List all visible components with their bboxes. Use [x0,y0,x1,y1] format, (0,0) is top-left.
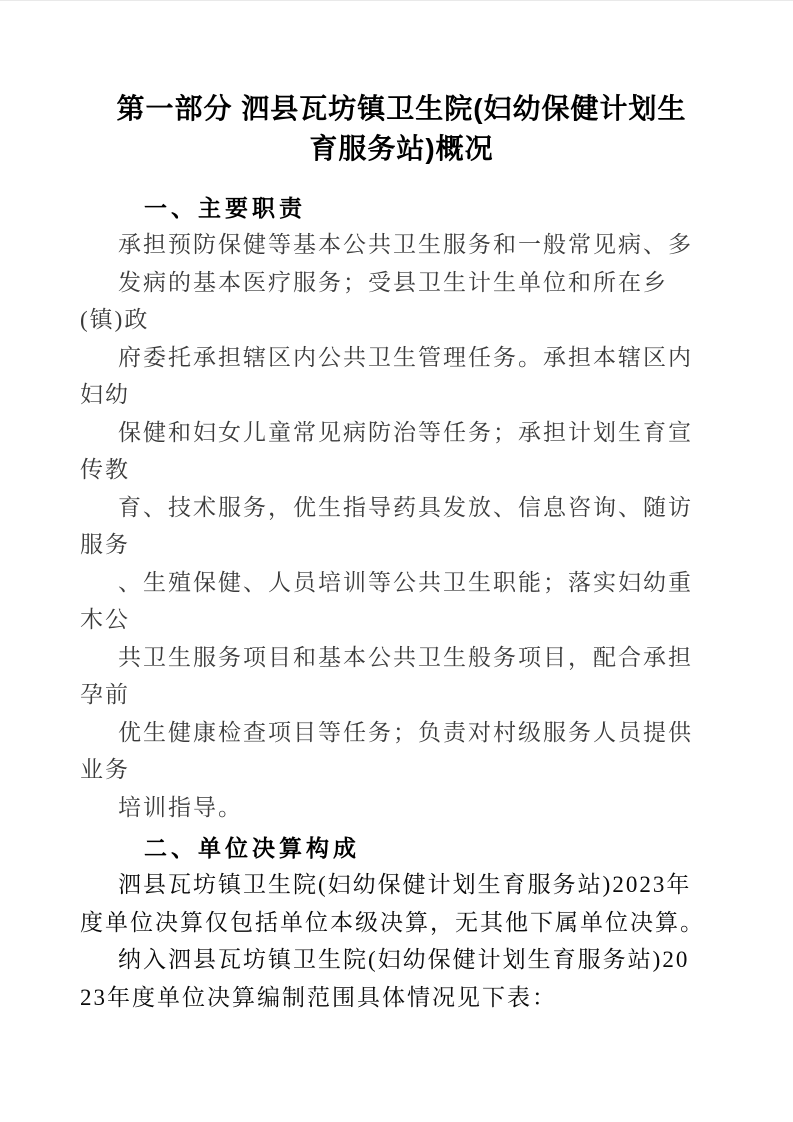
document-page: 第一部分 泗县瓦坊镇卫生院(妇幼保健计划生 育服务站)概况 一、主要职责 承担预… [0,0,793,1122]
title-line-2: 育服务站)概况 [80,129,723,169]
body-line: 保健和妇女儿童常见病防治等任务；承担计划生育宣 [80,414,723,452]
body-line: 育、技术服务，优生指导药具发放、信息咨询、随访 [80,489,723,527]
body-line: 泗县瓦坊镇卫生院(妇幼保健计划生育服务站)2023年 [80,866,723,904]
body-line: 共卫生服务项目和基本公共卫生般务项目，配合承担 [80,639,723,677]
body-line: 发病的基本医疗服务；受县卫生计生单位和所在乡 [80,264,723,302]
body-line: 服务 [80,526,723,564]
title-line-1: 第一部分 泗县瓦坊镇卫生院(妇幼保健计划生 [80,89,723,129]
section-heading-main-duties: 一、主要职责 [144,190,723,226]
body-line: 、生殖保健、人员培训等公共卫生职能；落实妇幼重 [80,564,723,602]
body-line: 传教 [80,451,723,489]
body-line: 纳入泗县瓦坊镇卫生院(妇幼保健计划生育服务站)20 [80,941,723,979]
body-line: 优生健康检查项目等任务；负责对村级服务人员提供 [80,714,723,752]
document-title: 第一部分 泗县瓦坊镇卫生院(妇幼保健计划生 育服务站)概况 [80,89,723,169]
section-main-duties: 一、主要职责 承担预防保健等基本公共卫生服务和一般常见病、多 发病的基本医疗服务… [80,190,723,826]
body-line: 业务 [80,751,723,789]
body-line: 23年度单位决算编制范围具体情况见下表： [80,979,723,1017]
body-line: 承担预防保健等基本公共卫生服务和一般常见病、多 [80,226,723,264]
body-line: 木公 [80,601,723,639]
body-line: 府委托承担辖区内公共卫生管理任务。承担本辖区内 [80,339,723,377]
body-line: 妇幼 [80,376,723,414]
section-heading-budget-composition: 二、单位决算构成 [144,830,723,866]
body-line: 培训指导。 [80,789,723,827]
body-line: 孕前 [80,676,723,714]
body-line: (镇)政 [80,301,723,339]
section-budget-composition: 二、单位决算构成 泗县瓦坊镇卫生院(妇幼保健计划生育服务站)2023年 度单位决… [80,830,723,1016]
body-line: 度单位决算仅包括单位本级决算，无其他下属单位决算。 [80,904,723,942]
